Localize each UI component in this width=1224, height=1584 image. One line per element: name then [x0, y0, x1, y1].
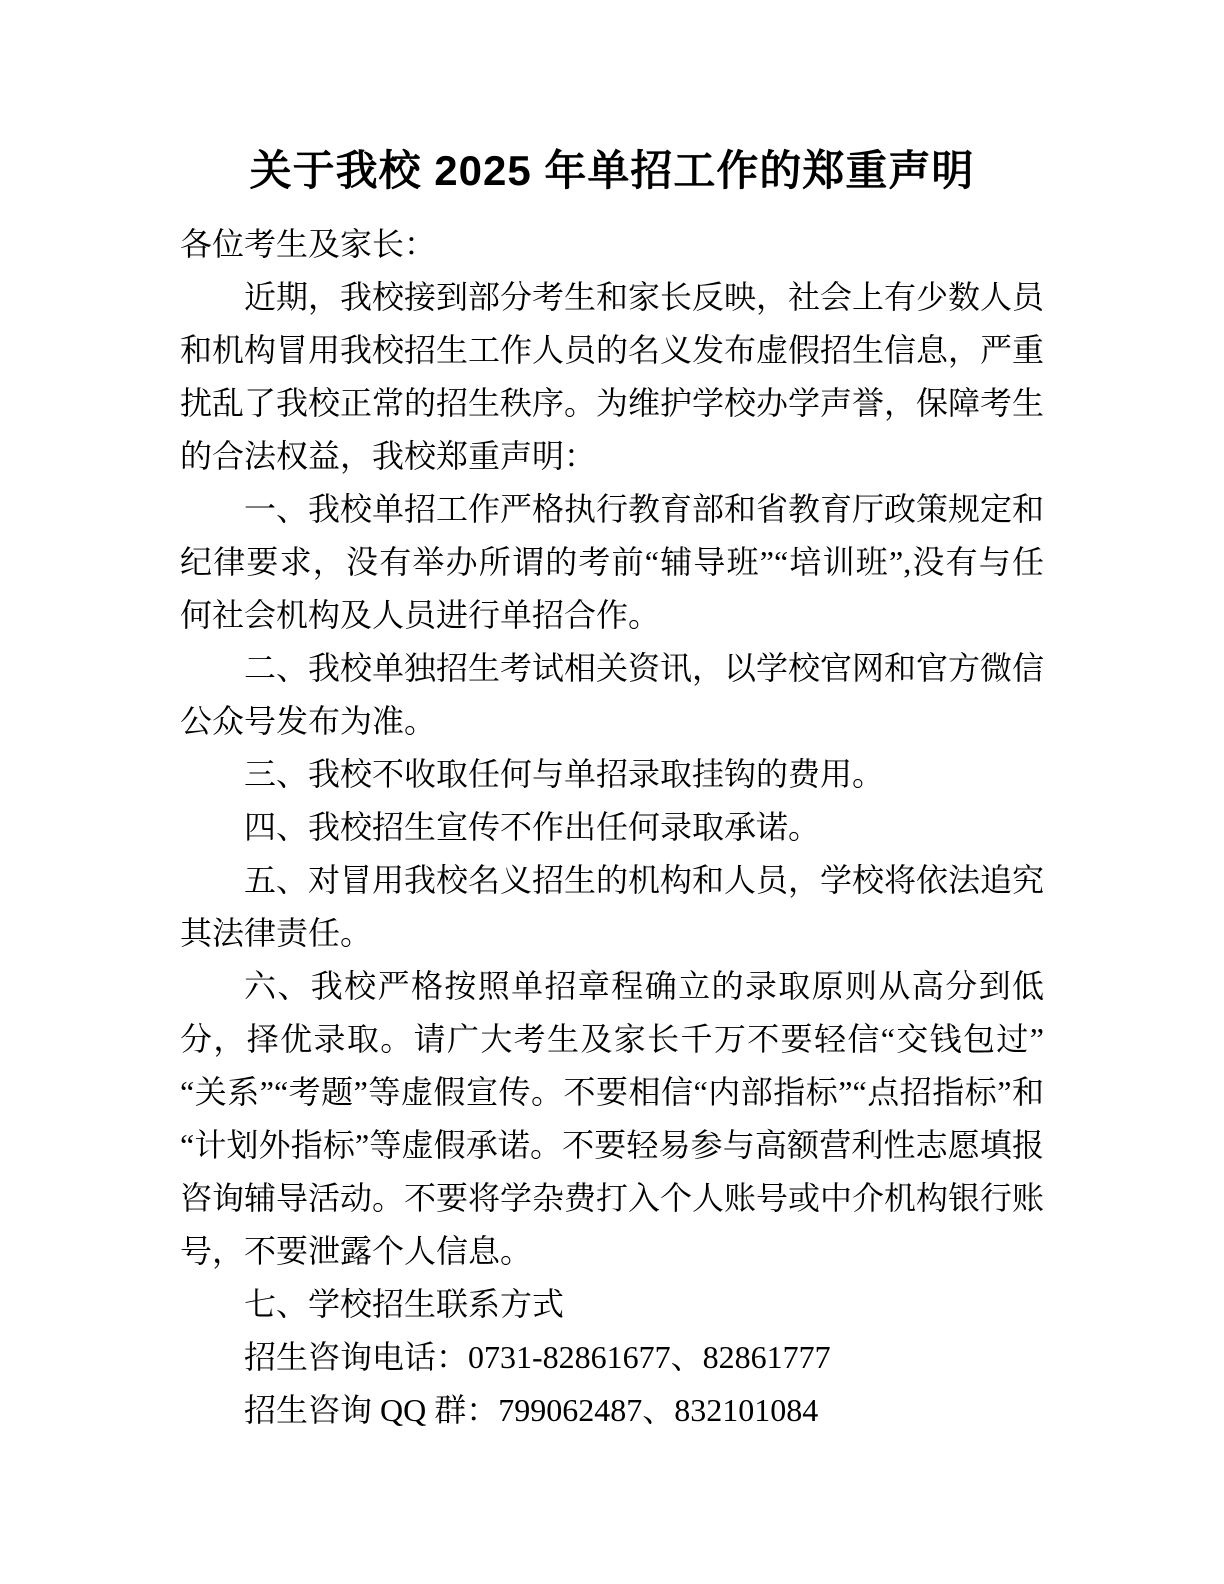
contact-qq-line: 招生咨询 QQ 群：799062487、832101084	[180, 1384, 1044, 1437]
contact-qq-label: 招生咨询 QQ 群：	[244, 1392, 498, 1428]
statement-item-6: 六、我校严格按照单招章程确立的录取原则从高分到低分，择优录取。请广大考生及家长千…	[180, 960, 1044, 1278]
contact-phone-numbers: 0731-82861677、82861777	[468, 1339, 831, 1375]
intro-paragraph: 近期，我校接到部分考生和家长反映，社会上有少数人员和机构冒用我校招生工作人员的名…	[180, 271, 1044, 483]
contact-phone-label: 招生咨询电话：	[244, 1339, 468, 1375]
contact-phone-line: 招生咨询电话：0731-82861677、82861777	[180, 1331, 1044, 1384]
document-body: 各位考生及家长： 近期，我校接到部分考生和家长反映，社会上有少数人员和机构冒用我…	[180, 218, 1044, 1437]
salutation: 各位考生及家长：	[180, 218, 1044, 271]
statement-item-2: 二、我校单独招生考试相关资讯，以学校官网和官方微信公众号发布为准。	[180, 642, 1044, 748]
contact-qq-numbers: 799062487、832101084	[498, 1392, 818, 1428]
statement-item-7: 七、学校招生联系方式	[180, 1278, 1044, 1331]
document-page: 关于我校 2025 年单招工作的郑重声明 各位考生及家长： 近期，我校接到部分考…	[0, 0, 1224, 1584]
document-title: 关于我校 2025 年单招工作的郑重声明	[92, 140, 1132, 202]
statement-item-5: 五、对冒用我校名义招生的机构和人员，学校将依法追究其法律责任。	[180, 854, 1044, 960]
statement-item-1: 一、我校单招工作严格执行教育部和省教育厅政策规定和纪律要求，没有举办所谓的考前“…	[180, 483, 1044, 642]
statement-item-3: 三、我校不收取任何与单招录取挂钩的费用。	[180, 748, 1044, 801]
statement-item-4: 四、我校招生宣传不作出任何录取承诺。	[180, 801, 1044, 854]
